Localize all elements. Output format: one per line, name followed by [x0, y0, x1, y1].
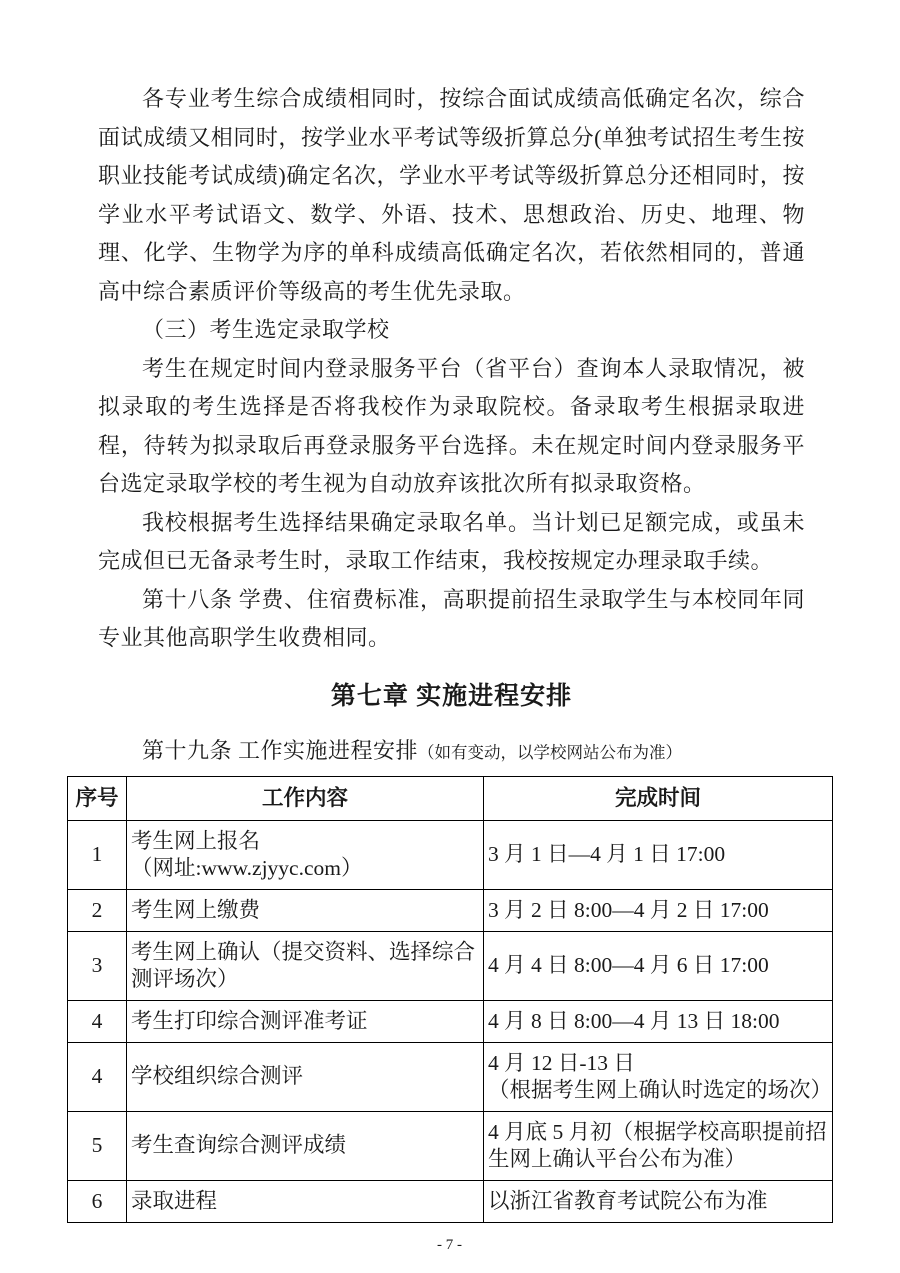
body-paragraph: 考生在规定时间内登录服务平台（省平台）查询本人录取情况，被拟录取的考生选择是否将… [98, 350, 805, 504]
column-header-no: 序号 [68, 776, 127, 820]
cell-content: 考生网上确认（提交资料、选择综合测评场次） [127, 931, 484, 1000]
cell-no: 2 [68, 889, 127, 931]
cell-no: 4 [68, 1042, 127, 1111]
table-row: 4 考生打印综合测评准考证 4 月 8 日 8:00—4 月 13 日 18:0… [68, 1000, 833, 1042]
cell-content: 考生网上缴费 [127, 889, 484, 931]
article-19-title: 第十九条 工作实施进程安排 [142, 738, 418, 763]
table-row: 3 考生网上确认（提交资料、选择综合测评场次） 4 月 4 日 8:00—4 月… [68, 931, 833, 1000]
table-row: 1 考生网上报名 （网址:www.zjyyc.com） 3 月 1 日—4 月 … [68, 820, 833, 889]
body-paragraph: 我校根据考生选择结果确定录取名单。当计划已足额完成，或虽未完成但已无备录考生时，… [98, 504, 805, 581]
cell-no: 6 [68, 1180, 127, 1222]
cell-no: 4 [68, 1000, 127, 1042]
cell-time: 4 月 4 日 8:00—4 月 6 日 17:00 [484, 931, 833, 1000]
document-page: 各专业考生综合成绩相同时，按综合面试成绩高低确定名次，综合面试成绩又相同时，按学… [0, 0, 900, 1273]
chapter-heading: 第七章 实施进程安排 [98, 680, 805, 714]
column-header-time: 完成时间 [484, 776, 833, 820]
table-row: 4 学校组织综合测评 4 月 12 日-13 日 （根据考生网上确认时选定的场次… [68, 1042, 833, 1111]
cell-time: 以浙江省教育考试院公布为准 [484, 1180, 833, 1222]
cell-time: 3 月 2 日 8:00—4 月 2 日 17:00 [484, 889, 833, 931]
article-19-line: 第十九条 工作实施进程安排（如有变动，以学校网站公布为准） [98, 736, 805, 768]
body-paragraph: 第十八条 学费、住宿费标准，高职提前招生录取学生与本校同年同专业其他高职学生收费… [98, 581, 805, 658]
page-number: - 7 - [67, 1237, 832, 1254]
table-header-row: 序号 工作内容 完成时间 [68, 776, 833, 820]
cell-content: 考生查询综合测评成绩 [127, 1111, 484, 1180]
body-text-block: 各专业考生综合成绩相同时，按综合面试成绩高低确定名次，综合面试成绩又相同时，按学… [98, 80, 805, 658]
schedule-table: 序号 工作内容 完成时间 1 考生网上报名 （网址:www.zjyyc.com）… [67, 776, 833, 1223]
cell-time: 4 月底 5 月初（根据学校高职提前招生网上确认平台公布为准） [484, 1111, 833, 1180]
body-paragraph: 各专业考生综合成绩相同时，按综合面试成绩高低确定名次，综合面试成绩又相同时，按学… [98, 80, 805, 311]
cell-content: 录取进程 [127, 1180, 484, 1222]
cell-time: 4 月 8 日 8:00—4 月 13 日 18:00 [484, 1000, 833, 1042]
cell-content: 考生网上报名 （网址:www.zjyyc.com） [127, 820, 484, 889]
cell-content: 学校组织综合测评 [127, 1042, 484, 1111]
table-row: 6 录取进程 以浙江省教育考试院公布为准 [68, 1180, 833, 1222]
table-row: 2 考生网上缴费 3 月 2 日 8:00—4 月 2 日 17:00 [68, 889, 833, 931]
cell-no: 1 [68, 820, 127, 889]
cell-content: 考生打印综合测评准考证 [127, 1000, 484, 1042]
cell-time: 3 月 1 日—4 月 1 日 17:00 [484, 820, 833, 889]
cell-time: 4 月 12 日-13 日 （根据考生网上确认时选定的场次） [484, 1042, 833, 1111]
cell-no: 5 [68, 1111, 127, 1180]
article-19-note: （如有变动，以学校网站公布为准） [418, 743, 682, 762]
column-header-content: 工作内容 [127, 776, 484, 820]
cell-no: 3 [68, 931, 127, 1000]
table-row: 5 考生查询综合测评成绩 4 月底 5 月初（根据学校高职提前招生网上确认平台公… [68, 1111, 833, 1180]
body-paragraph: （三）考生选定录取学校 [98, 311, 805, 350]
